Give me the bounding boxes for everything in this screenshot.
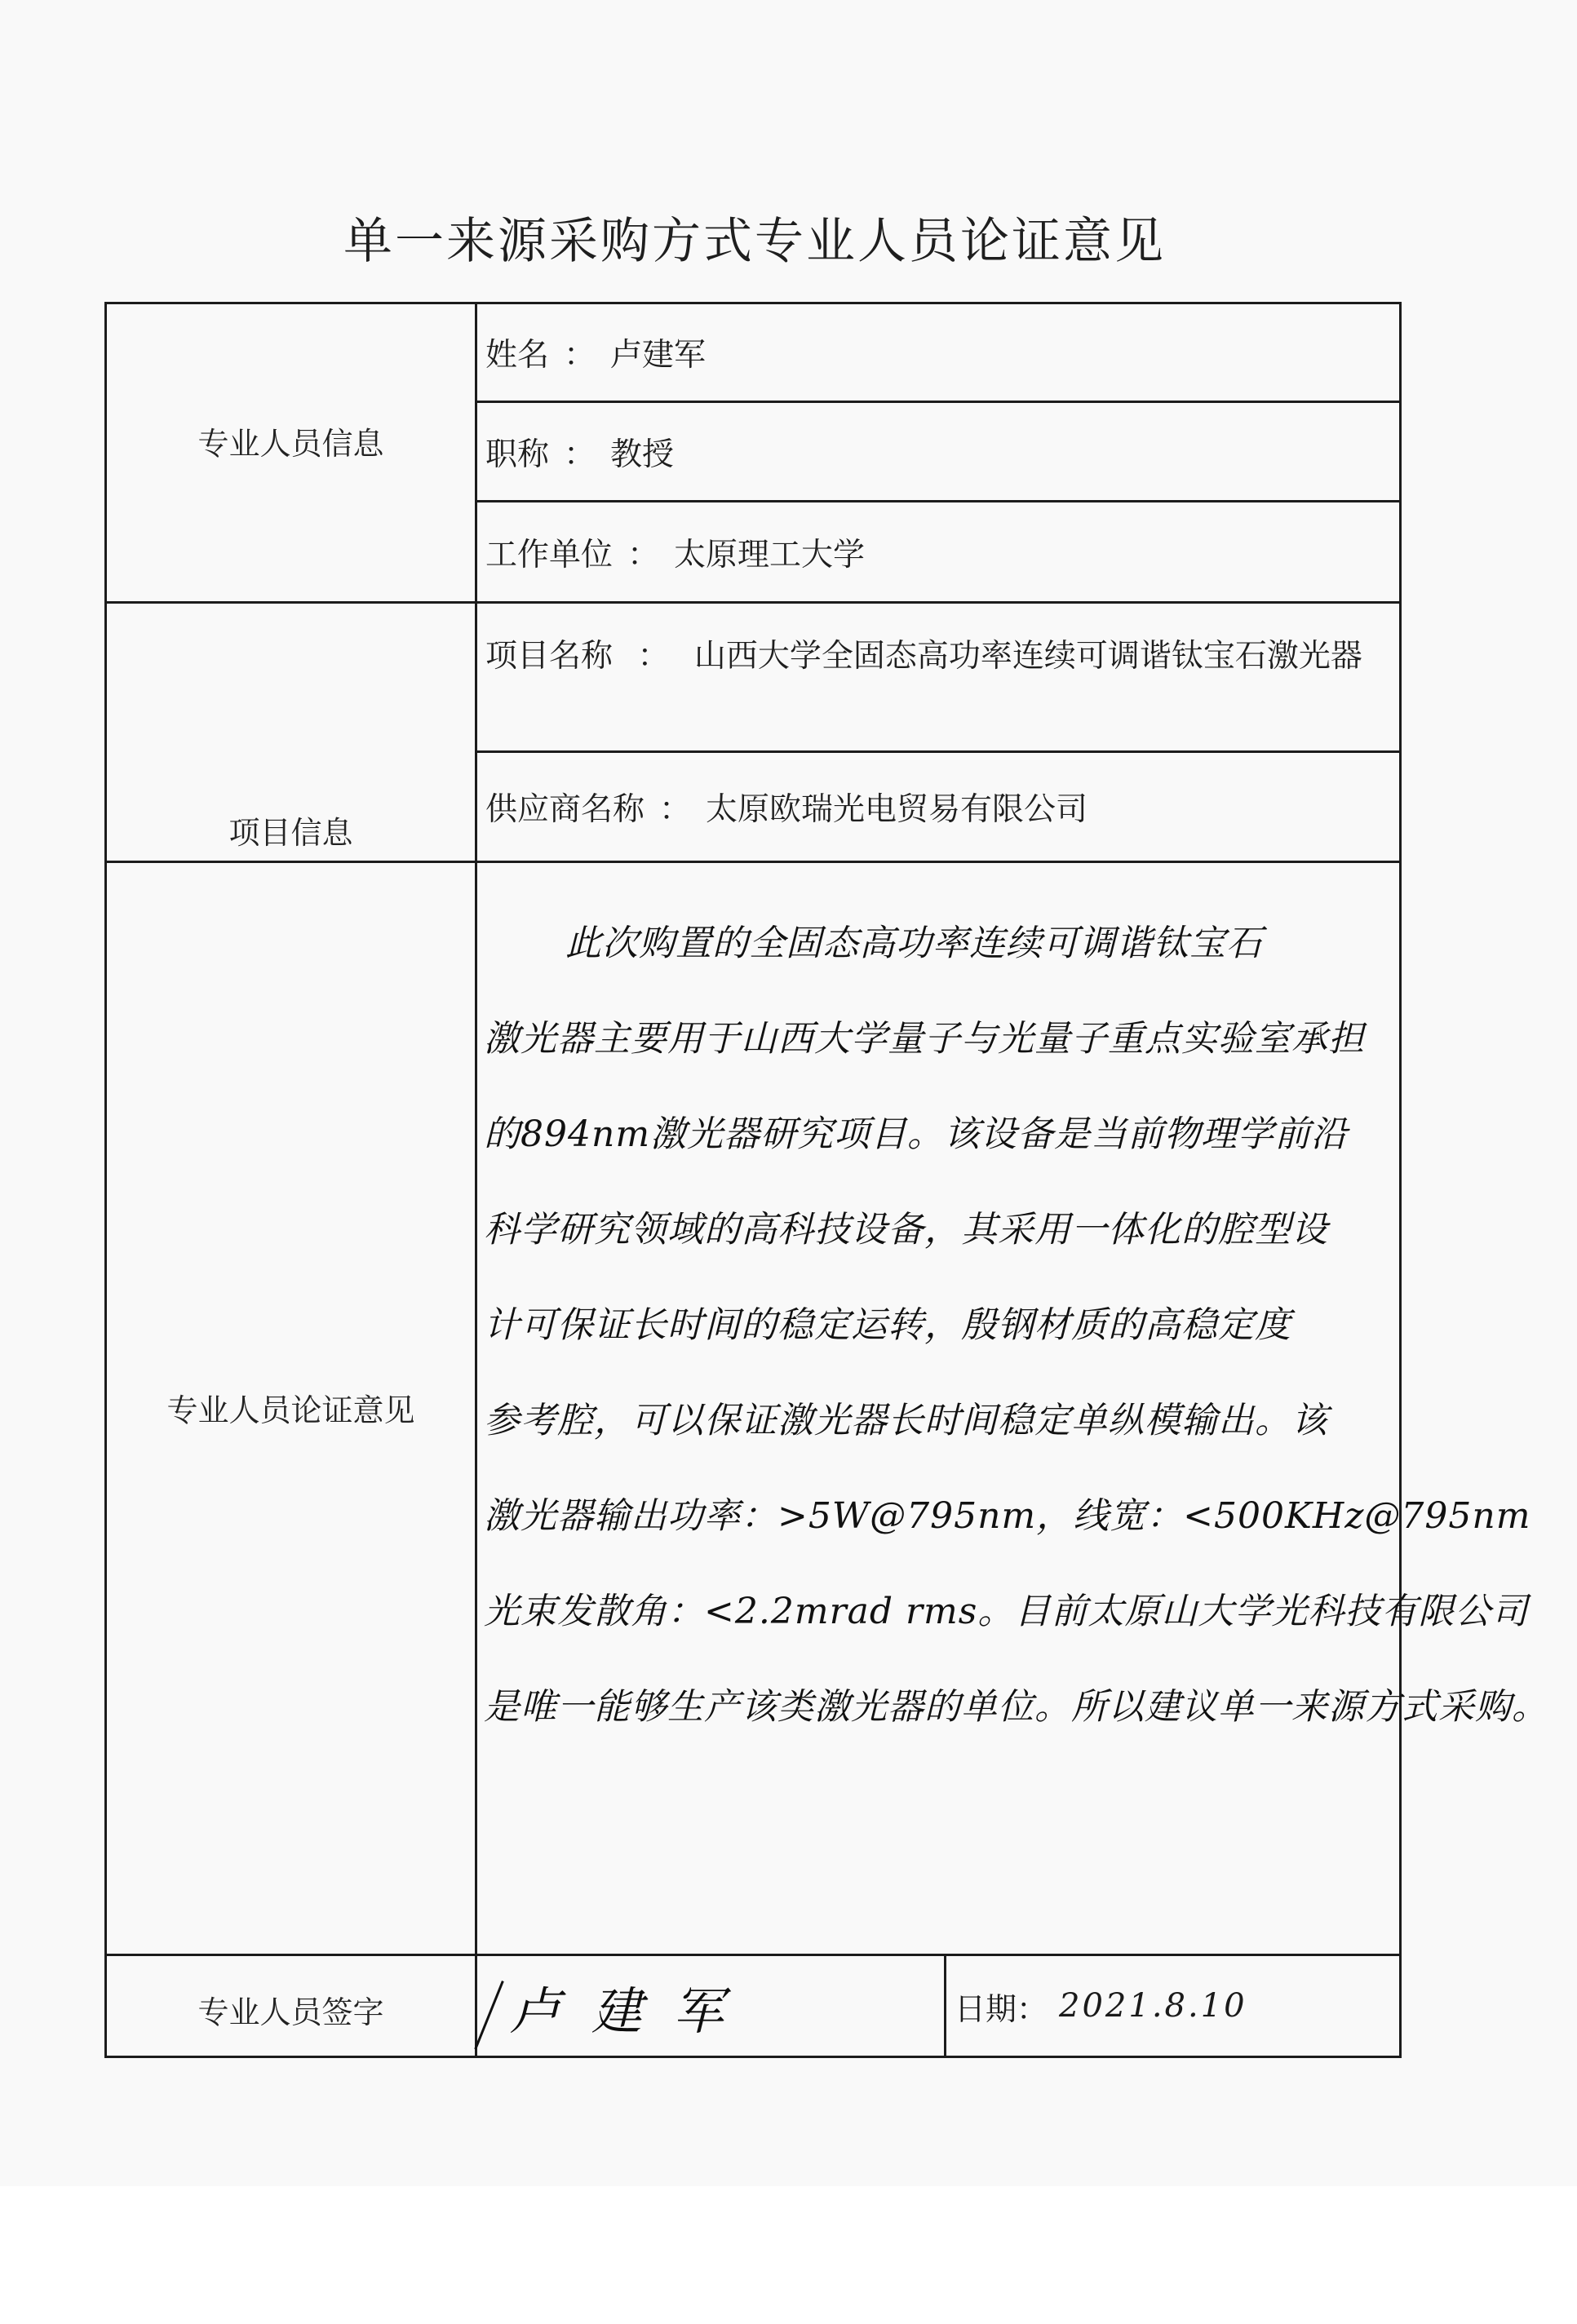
expert-title-value: 教授	[610, 429, 674, 475]
opinion-line: 是唯一能够生产该类激光器的单位。所以建议单一来源方式采购。	[484, 1659, 1548, 1755]
expert-title-label: 职称	[485, 429, 549, 475]
opinion-line: 科学研究领域的高科技设备，其采用一体化的腔型设	[484, 1182, 1548, 1277]
supplier-name-label: 供应商名称	[485, 784, 645, 830]
opinion-label: 专业人员论证意见	[107, 1385, 475, 1430]
expert-name-label: 姓名	[485, 330, 549, 375]
handwritten-opinion-text: 此次购置的全固态高功率连续可调谐钛宝石 激光器主要用于山西大学量子与光量子重点实…	[477, 863, 1555, 1954]
opinion-line: 光束发散角：<2.2mrad rms。目前太原山大学光科技有限公司	[484, 1564, 1548, 1659]
expert-title-field: 职称 ： 教授	[477, 403, 1399, 502]
handwritten-signature: 卢建军	[510, 1971, 755, 2043]
expert-info-section: 专业人员信息 姓名 ： 卢建军 职称 ： 教授 工作单位 ： 太原理工大学	[107, 304, 1399, 604]
signature-values: 卢建军 日期： 2021.8.10	[477, 1956, 1399, 2056]
opinion-line: 计可保证长时间的稳定运转，殷钢材质的高稳定度	[484, 1277, 1548, 1373]
opinion-line: 此次购置的全固态高功率连续可调谐钛宝石	[484, 896, 1548, 991]
project-info-label-cell: 项目信息	[107, 604, 477, 861]
argumentation-form-table: 专业人员信息 姓名 ： 卢建军 职称 ： 教授 工作单位 ： 太原理工大学 项目…	[104, 302, 1402, 2058]
project-name-field: 项目名称 ： 山西大学全固态高功率连续可调谐钛宝石激光器	[477, 604, 1399, 753]
signature-label-cell: 专业人员签字	[107, 1956, 477, 2056]
project-name-label: 项目名称	[485, 638, 613, 675]
project-name-separator: ：	[637, 638, 669, 675]
expert-title-separator: ：	[564, 429, 596, 475]
signature-section: 专业人员签字 卢建军 日期： 2021.8.10	[107, 1956, 1399, 2056]
page-title: 单一来源采购方式专业人员论证意见	[0, 202, 1509, 272]
expert-name-separator: ：	[564, 330, 596, 375]
expert-name-field: 姓名 ： 卢建军	[477, 304, 1399, 403]
project-info-label: 项目信息	[107, 808, 475, 852]
date-field: 日期： 2021.8.10	[946, 1956, 1399, 2056]
expert-name-value: 卢建军	[610, 330, 706, 375]
supplier-name-separator: ：	[659, 784, 691, 830]
date-label: 日期：	[955, 1984, 1048, 2029]
opinion-section: 专业人员论证意见 此次购置的全固态高功率连续可调谐钛宝石 激光器主要用于山西大学…	[107, 863, 1399, 1956]
expert-info-label: 专业人员信息	[107, 418, 475, 463]
project-info-section: 项目信息 项目名称 ： 山西大学全固态高功率连续可调谐钛宝石激光器 供应商名称 …	[107, 604, 1399, 863]
expert-employer-field: 工作单位 ： 太原理工大学	[477, 502, 1399, 601]
opinion-line: 参考腔，可以保证激光器长时间稳定单纵模输出。该	[484, 1373, 1548, 1468]
date-value: 2021.8.10	[1059, 1987, 1247, 2025]
supplier-name-value: 太原欧瑞光电贸易有限公司	[706, 784, 1088, 830]
project-info-values: 项目名称 ： 山西大学全固态高功率连续可调谐钛宝石激光器 供应商名称 ： 太原欧…	[477, 604, 1399, 861]
project-name-value: 山西大学全固态高功率连续可调谐钛宝石激光器	[694, 638, 1362, 675]
supplier-name-field: 供应商名称 ： 太原欧瑞光电贸易有限公司	[477, 753, 1399, 861]
opinion-line: 的894nm激光器研究项目。该设备是当前物理学前沿	[484, 1087, 1548, 1182]
expert-employer-value: 太原理工大学	[674, 529, 865, 575]
opinion-line: 激光器输出功率：>5W@795nm，线宽：<500KHz@795nm	[484, 1468, 1548, 1564]
opinion-line: 激光器主要用于山西大学量子与光量子重点实验室承担	[484, 991, 1548, 1087]
signature-stroke	[474, 1981, 503, 2050]
signature-cell: 卢建军	[477, 1956, 946, 2056]
expert-employer-label: 工作单位	[485, 529, 613, 575]
expert-employer-separator: ：	[627, 529, 659, 575]
opinion-label-cell: 专业人员论证意见	[107, 863, 477, 1954]
expert-info-label-cell: 专业人员信息	[107, 304, 477, 601]
expert-info-values: 姓名 ： 卢建军 职称 ： 教授 工作单位 ： 太原理工大学	[477, 304, 1399, 601]
signature-label: 专业人员签字	[107, 1987, 475, 2032]
